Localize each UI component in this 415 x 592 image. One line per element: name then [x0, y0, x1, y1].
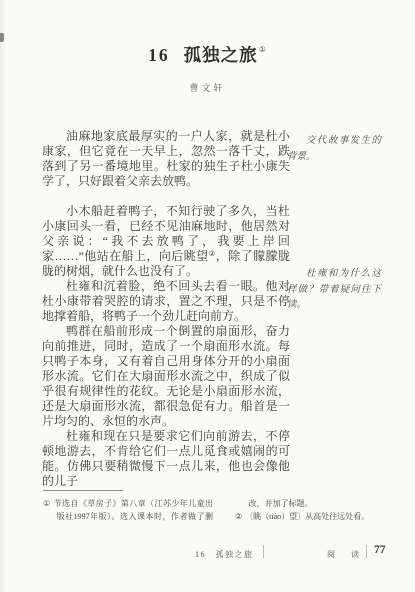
margin-note-question: 杜雍和为什么这样做？带着疑问往下读。 [287, 267, 381, 314]
footnote-marker-2: ② [235, 512, 242, 521]
footer-divider-2 [366, 545, 367, 558]
page-title: 16孤独之旅① [0, 42, 415, 67]
footer-lesson-label: 16 孤独之旅 [195, 549, 254, 560]
footnote-reference-2: ② [209, 249, 216, 258]
footnote-marker-1: ① [43, 499, 51, 508]
margin-note-background: 交代故事发生的背景。 [287, 134, 381, 165]
author-name: 曹文轩 [0, 81, 415, 94]
footnote-glossary: ②〔眺（tiào）望〕从高处往远处看。 [235, 510, 405, 523]
textbook-page: 16孤独之旅① 曹文轩 油麻地家底最厚实的一户人家，就是杜小康家，但它竟在一天早… [0, 0, 415, 592]
title-footnote-reference: ① [259, 45, 267, 54]
lesson-title-text: 孤独之旅 [184, 45, 258, 65]
page-number: 77 [374, 544, 386, 556]
footnote-section: ①节选自《草房子》第八章（江苏少年儿童出版社1997年版）。选入课本时，作者做了… [43, 497, 405, 526]
paragraph-father: 杜雍和沉着脸，绝不回头去看一眼。他对杜小康带着哭腔的请求，置之不理，只是不停地撑… [42, 279, 290, 324]
paragraph-boat: 小木船赶着鸭子，不知行驶了多久，当杜小康回头一看，已经不见油麻地时，他居然对父亲… [42, 204, 290, 279]
footnote-separator-rule [43, 490, 123, 491]
scan-artifact-mark [0, 33, 4, 42]
body-text-column: 油麻地家底最厚实的一户人家，就是杜小康家，但它竟在一天早上，忽然一落千丈，跌落到… [42, 129, 290, 489]
footer-section-label: 阅 读 [327, 549, 363, 560]
lesson-number: 16 [148, 45, 170, 65]
paragraph-intro: 油麻地家底最厚实的一户人家，就是杜小康家，但它竟在一天早上，忽然一落千丈，跌落到… [42, 129, 290, 189]
paragraph-ducks: 鸭群在船前形成一个倒置的扇面形，奋力向前推进，同时，造成了一个扇面形水流。每只鸭… [42, 324, 290, 429]
footnote-glossary-text: 〔眺（tiào）望〕从高处往远处看。 [245, 512, 369, 521]
paragraph-forward: 杜雍和现在只是要求它们向前游去，不停顿地游去，不肯给它们一点儿觅食或嬉闹的可能。… [42, 429, 290, 489]
footer-divider-1 [263, 545, 264, 558]
